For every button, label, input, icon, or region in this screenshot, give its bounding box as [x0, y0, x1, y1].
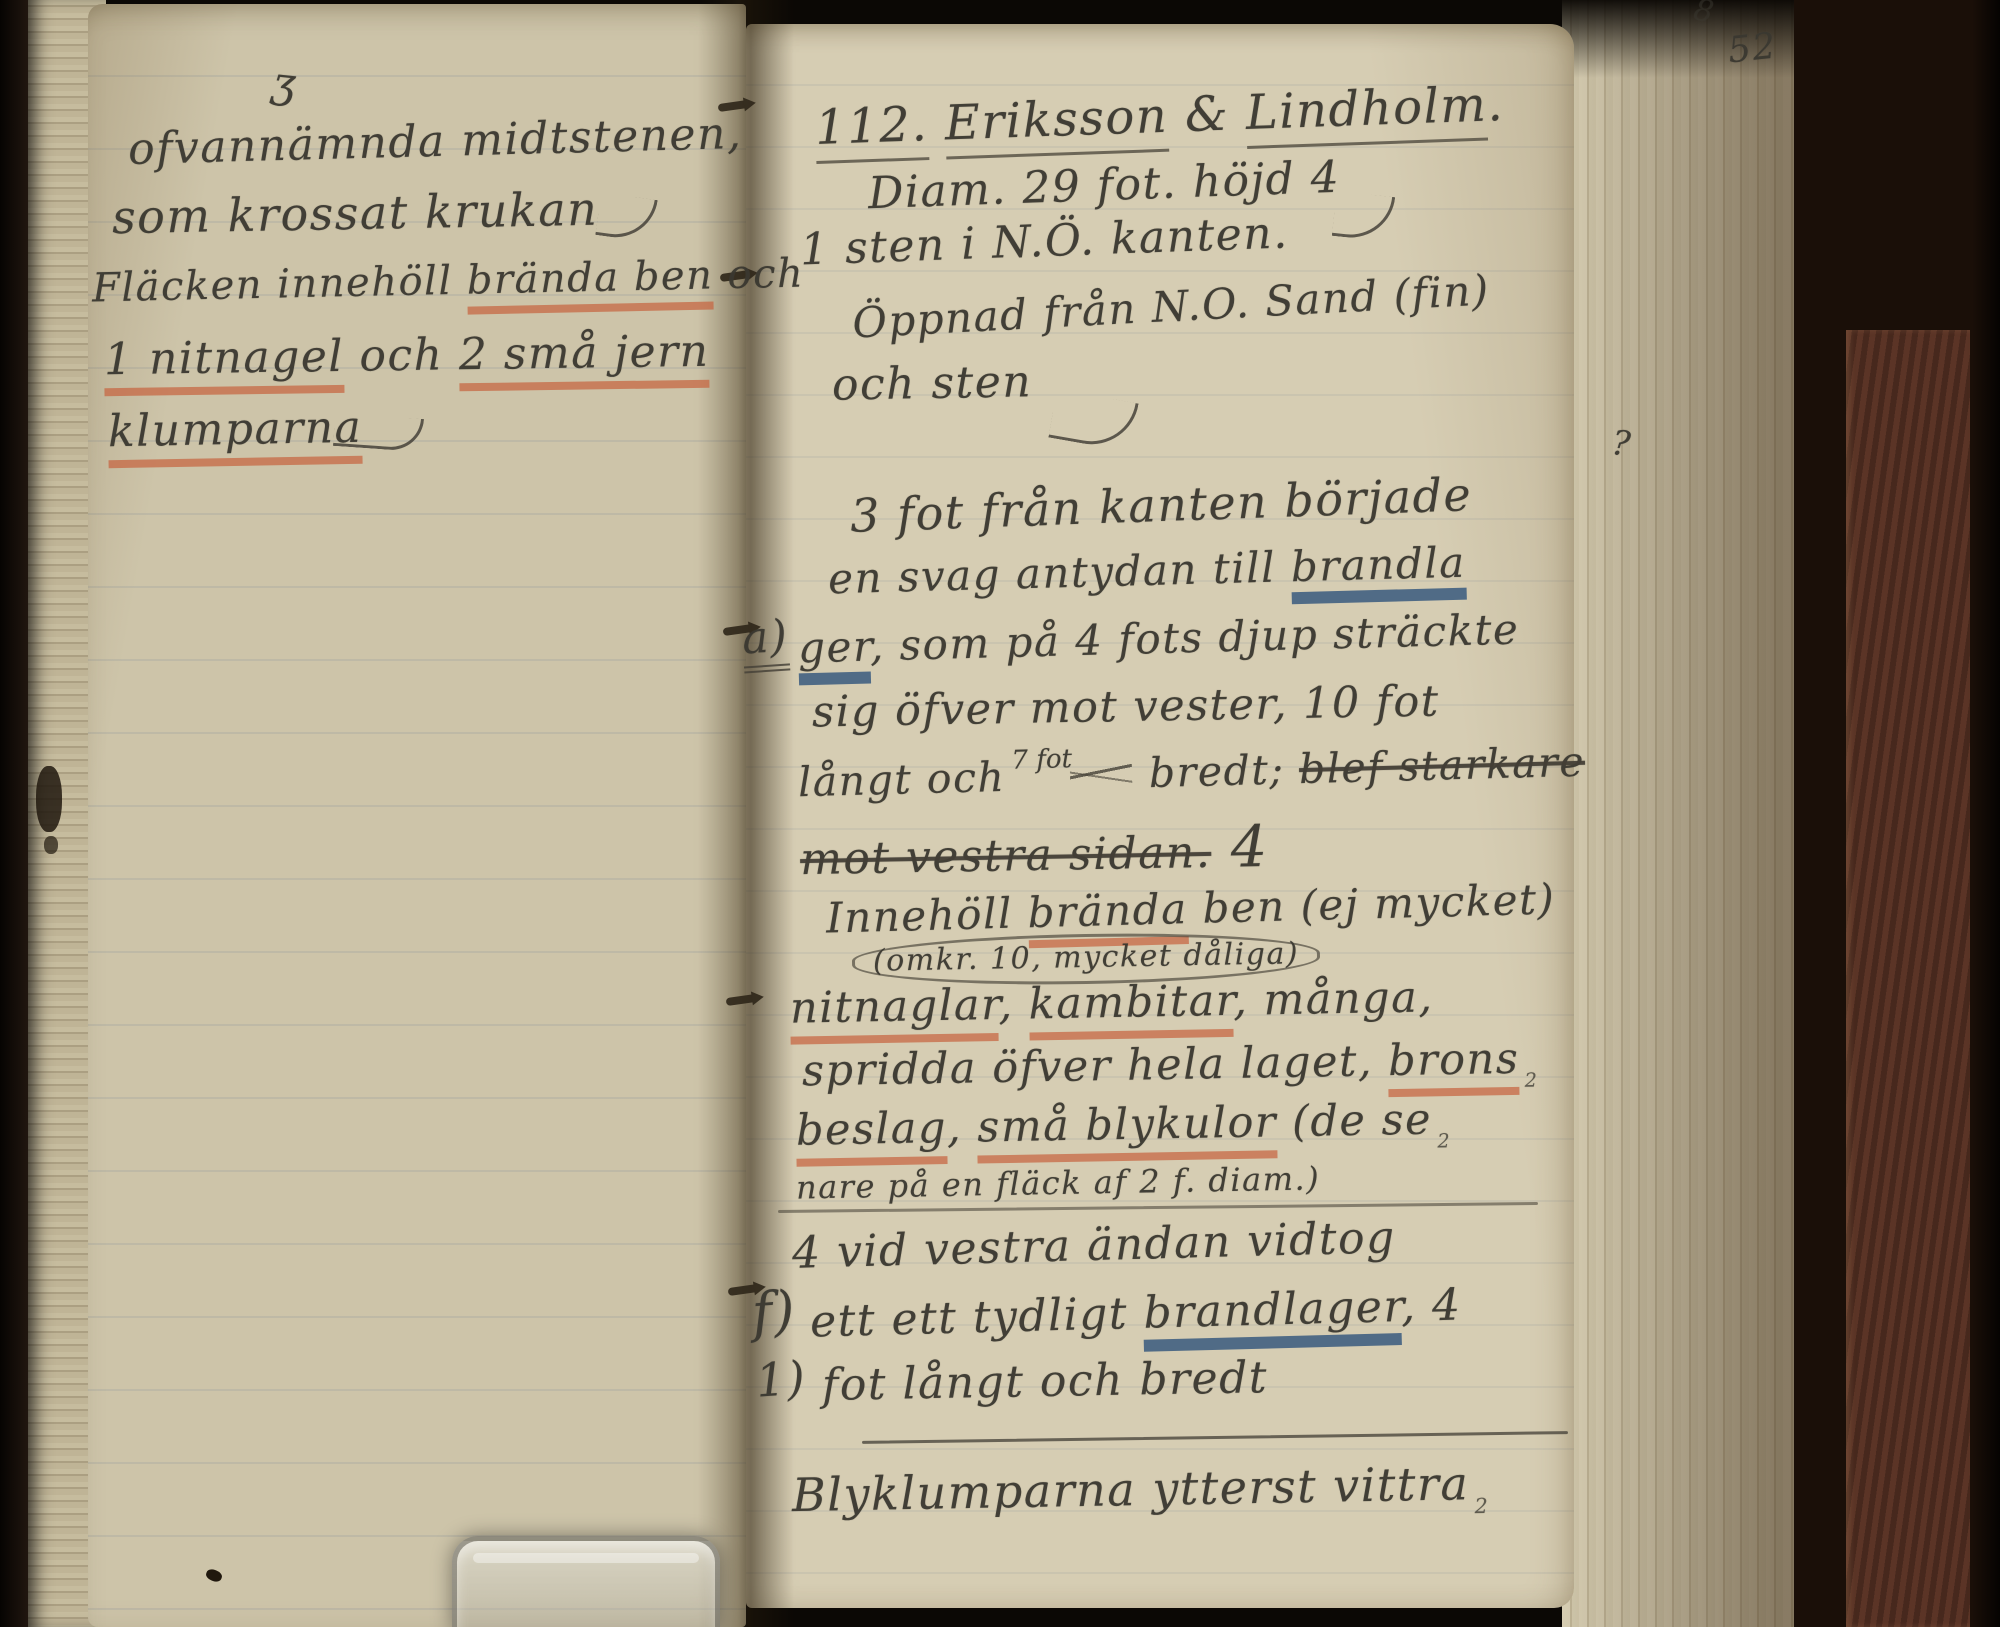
right-line-21: Blyklumparna ytterst vittra2: [792, 1456, 1488, 1530]
page-number: 52: [1726, 26, 1779, 72]
text-segment: Innehöll: [825, 888, 1028, 942]
text-segment: , många,: [1233, 972, 1434, 1025]
inserted-text: 7 fot: [1011, 744, 1072, 776]
text-segment: spridda öfver hela laget,: [802, 1036, 1389, 1096]
red-underlined-text: klumparna: [108, 402, 363, 468]
ink-blotch: [36, 766, 62, 832]
text-segment: som krossat krukan: [112, 182, 599, 244]
text-segment: bredt;: [1134, 745, 1300, 797]
text-segment: &: [1167, 85, 1247, 144]
text-segment: långt och: [798, 753, 1021, 807]
underlined-text: Lindholm: [1245, 77, 1489, 149]
text-segment: ?: [1610, 423, 1634, 465]
text-segment: fot långt och bredt: [822, 1352, 1269, 1411]
red-underlined-text: brända ben: [466, 252, 714, 314]
right-page-edges-stack: [1562, 0, 1794, 1627]
text-segment: ben (ej mycket): [1187, 874, 1556, 933]
right-line-16: beslag, små blykulor (de se2: [796, 1094, 1450, 1163]
red-underlined-text: brons: [1388, 1034, 1520, 1097]
text-segment: och: [344, 329, 460, 382]
double-underlined-text: a): [740, 610, 790, 673]
underlined-text: 112.: [814, 96, 929, 164]
text-segment: 52: [1726, 26, 1779, 72]
text-segment: Blyklumparna ytterst vittra: [792, 1456, 1470, 1522]
text-segment: och: [713, 251, 805, 299]
question-mark: ?: [1610, 423, 1634, 465]
left-insert-squiggle: ʒ: [270, 57, 300, 108]
text-segment: [927, 96, 946, 153]
page-holder-clip: [452, 1536, 720, 1627]
right-cover: [1794, 0, 2000, 1627]
left-line-4: 1 nitnagel och 2 små jern: [104, 326, 710, 385]
red-underlined-text: nitnaglar: [790, 980, 999, 1045]
text-segment: ʒ: [270, 57, 300, 108]
scribbled-out-word: [1070, 764, 1133, 796]
text-segment: , 4: [1400, 1279, 1462, 1332]
hyphen-mark: 2: [1524, 1069, 1537, 1092]
struck-text: mot vestra sidan.: [800, 827, 1212, 885]
red-underlined-text: kambitar: [1028, 976, 1234, 1041]
left-cover-edge: [0, 0, 30, 1627]
underlined-text: Eriksson: [944, 88, 1170, 160]
text-segment: 1): [754, 1350, 808, 1407]
right-line-20: fot långt och bredt: [822, 1352, 1269, 1411]
hyphen-mark: 2: [1474, 1494, 1488, 1518]
right-line-11: mot vestra sidan. 4: [799, 814, 1269, 888]
text-segment: 4: [1211, 814, 1270, 881]
ink-blotch: [44, 836, 58, 854]
red-underlined-text: 2 små jern: [459, 326, 710, 391]
hyphen-mark: 2: [1437, 1129, 1450, 1152]
text-segment: ,: [946, 1103, 977, 1154]
red-underlined-text: beslag: [796, 1103, 948, 1167]
text-segment: ,: [998, 979, 1029, 1030]
red-underlined-text: 1 nitnagel: [104, 331, 345, 396]
margin-mark-f: f): [750, 1279, 798, 1345]
red-underlined-text: små blykulor: [977, 1097, 1278, 1163]
text-segment: (de se: [1276, 1095, 1432, 1148]
left-line-2: som krossat krukan: [112, 182, 599, 244]
margin-mark-1: 1): [754, 1350, 808, 1407]
blue-underlined-text: brandla: [1290, 538, 1466, 605]
blue-underlined-text: ger: [797, 622, 870, 686]
left-page: [88, 4, 746, 1627]
text-segment: Fläcken innehöll: [92, 258, 468, 312]
notebook-photo: ʒ ofvannämnda midtstenen, som krossat kr…: [0, 0, 2000, 1627]
text-segment: f): [750, 1279, 798, 1345]
left-line-5: klumparna: [108, 402, 363, 457]
struck-text: blef starkare: [1298, 738, 1585, 793]
blue-underlined-text: brandlager: [1143, 1281, 1402, 1352]
text-segment: ett ett tydligt: [809, 1288, 1144, 1348]
right-line-5: och sten: [832, 356, 1033, 410]
margin-mark-a: a): [740, 610, 790, 664]
text-segment: och sten: [832, 356, 1033, 410]
text-segment: .: [1486, 76, 1505, 133]
